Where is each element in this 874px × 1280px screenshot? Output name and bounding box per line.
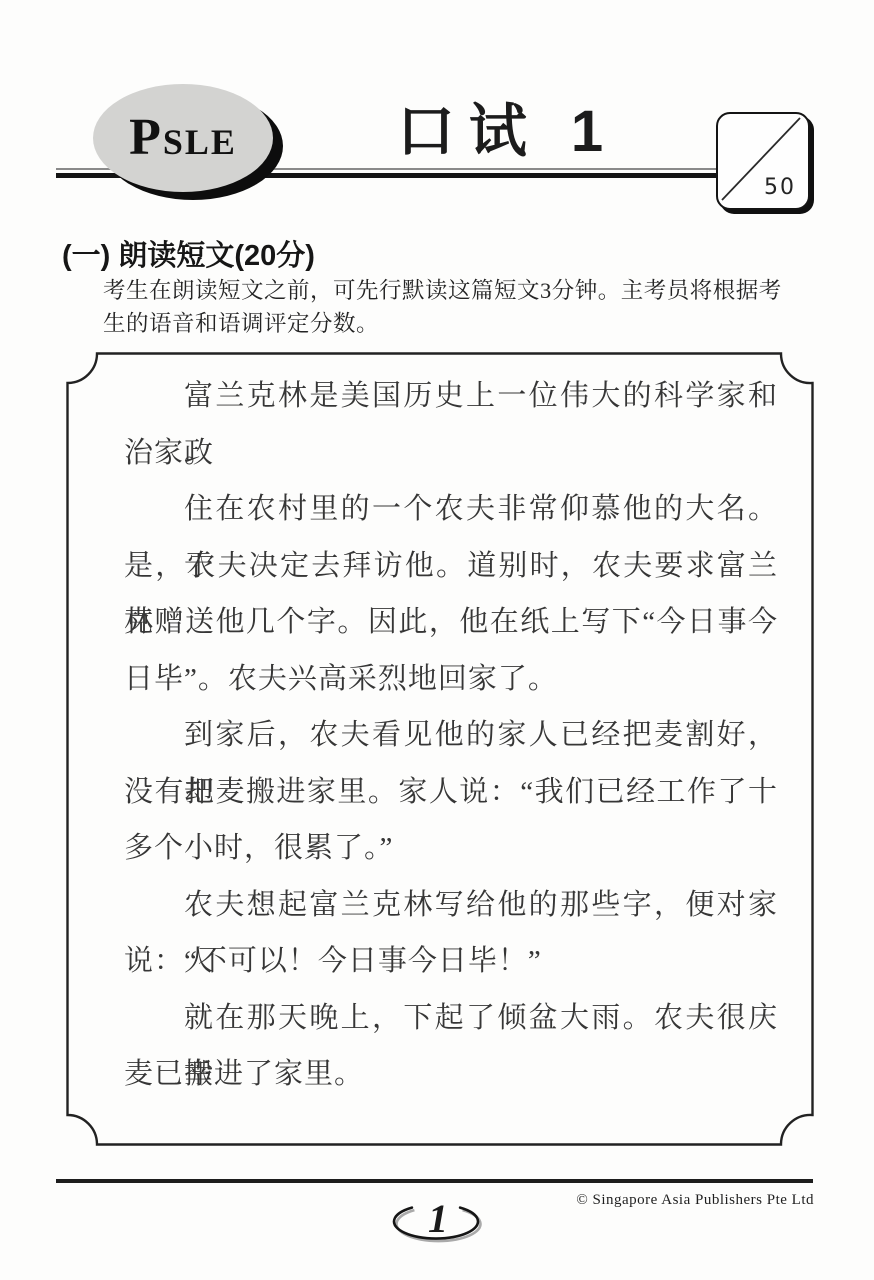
instruction-line: 考生在朗读短文之前，可先行默读这篇短文3分钟。主考员将根据考 [103, 274, 815, 307]
page-number-marker: 1 [384, 1188, 494, 1252]
passage-line: 到家后，农夫看见他的家人已经把麦割好，却 [124, 707, 778, 764]
passage-line: 多个小时，很累了。” [124, 820, 778, 877]
passage-line: 说：“不可以！今日事今日毕！” [124, 933, 778, 990]
psle-badge-face: PSLE [93, 84, 273, 192]
passage-line: 农夫想起富兰克林写给他的那些字，便对家人 [124, 877, 778, 934]
copyright-text: © Singapore Asia Publishers Pte Ltd [576, 1192, 814, 1209]
passage-line: 麦已搬进了家里。 [124, 1046, 778, 1103]
passage-line: 就在那天晚上，下起了倾盆大雨。农夫很庆幸 [124, 990, 778, 1047]
score-total: 50 [764, 175, 796, 200]
passage-line: 治家。 [124, 425, 778, 482]
psle-badge-label: PSLE [129, 112, 237, 164]
footer-rule [56, 1179, 813, 1183]
passage-text: 富兰克林是美国历史上一位伟大的科学家和政治家。住在农村里的一个农夫非常仰慕他的大… [124, 368, 778, 1103]
page-number: 1 [428, 1196, 448, 1241]
section-heading: (一) 朗读短文(20分) [62, 233, 662, 274]
passage-line: 住在农村里的一个农夫非常仰慕他的大名。于 [124, 481, 778, 538]
instructions: 考生在朗读短文之前，可先行默读这篇短文3分钟。主考员将根据考生的语音和语调评定分… [103, 274, 815, 340]
exam-paper-page: PSLE 口试 1 50 (一) 朗读短文(20分) 考生在朗读短文之前，可先行… [0, 0, 874, 1280]
passage-line: 是，农夫决定去拜访他。道别时，农夫要求富兰克 [124, 538, 778, 595]
page-title: 口试 1 [337, 92, 677, 172]
passage-line: 林赠送他几个字。因此，他在纸上写下“今日事今 [124, 594, 778, 651]
passage-line: 日毕”。农夫兴高采烈地回家了。 [124, 651, 778, 708]
passage-line: 富兰克林是美国历史上一位伟大的科学家和政 [124, 368, 778, 425]
score-box: 50 [716, 112, 810, 210]
psle-badge: PSLE [93, 84, 283, 200]
passage-line: 没有把麦搬进家里。家人说：“我们已经工作了十 [124, 764, 778, 821]
instruction-line: 生的语音和语调评定分数。 [103, 307, 815, 340]
